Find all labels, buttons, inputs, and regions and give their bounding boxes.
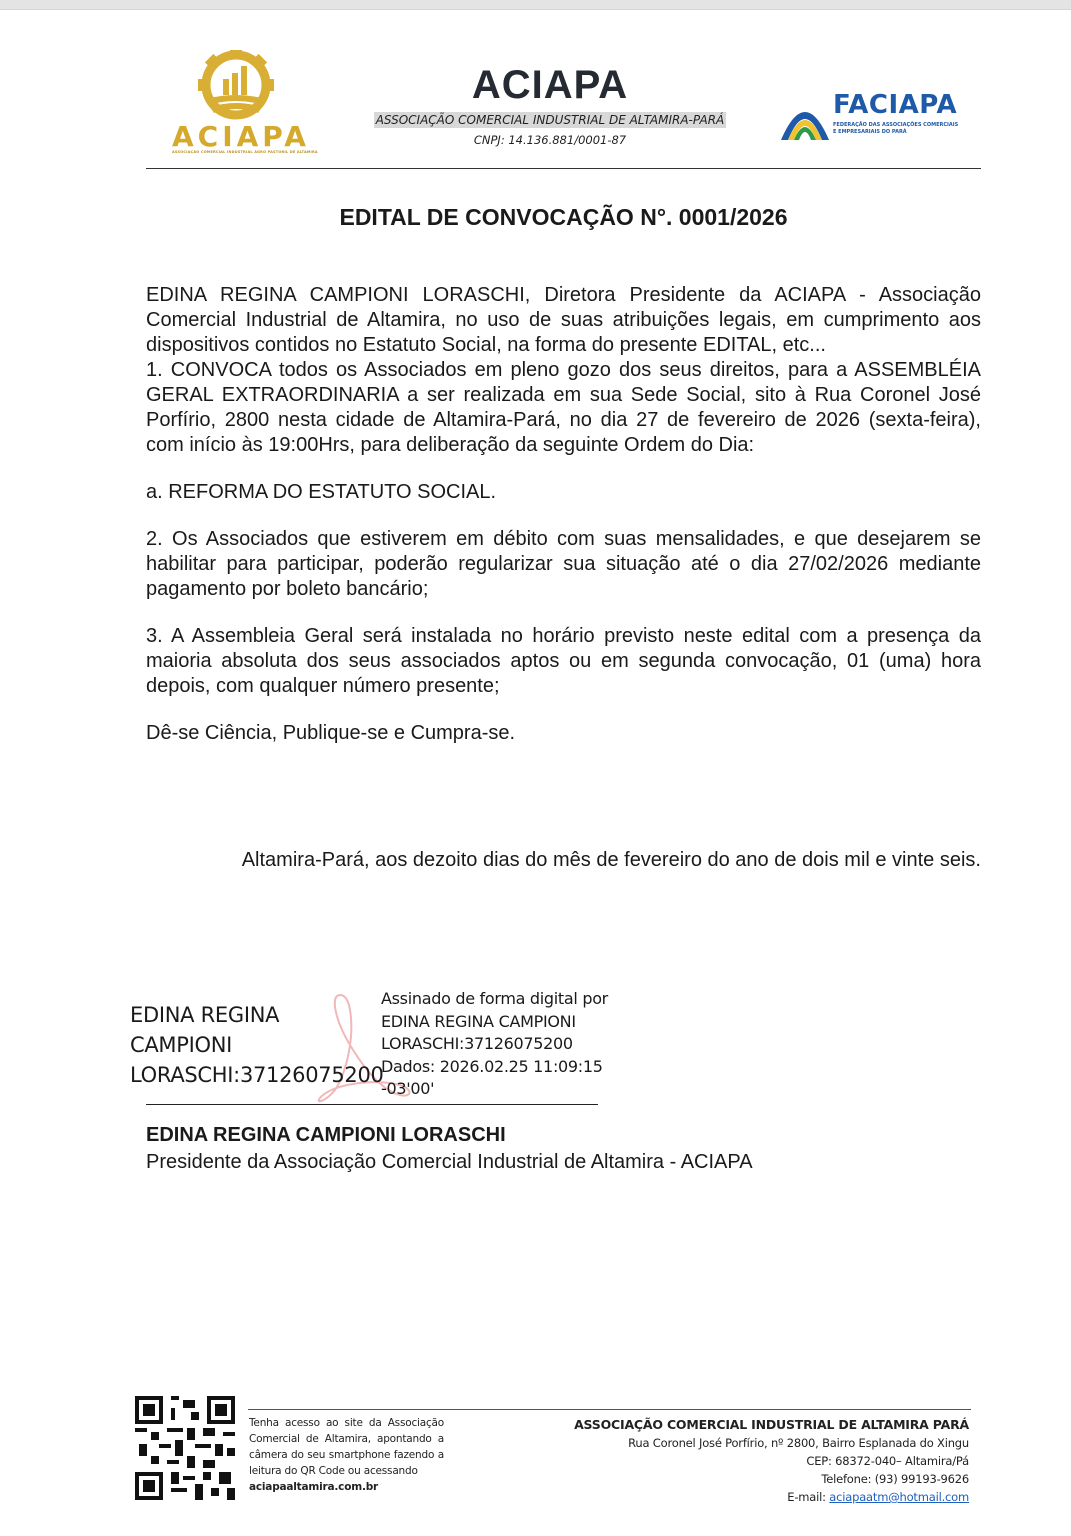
footer-website-link[interactable]: aciapaaltamira.com.br [249,1479,444,1495]
footer-cep: CEP: 68372-040– Altamira/Pá [560,1452,969,1470]
footer-qr-note: Tenha acesso ao site da Associação Comer… [249,1415,444,1495]
footer-email-link[interactable]: aciapaatm@hotmail.com [829,1490,969,1504]
letterhead-subtitle: ASSOCIAÇÃO COMERCIAL INDUSTRIAL DE ALTAM… [374,112,727,128]
signature-line [146,1104,598,1105]
signature-name-block: EDINA REGINA CAMPIONI LORASCHI:371260752… [130,1000,384,1090]
footer-divider [248,1409,971,1410]
aciapa-logo: ACIAPA ASSOCIAÇÃO COMERCIAL INDUSTRIAL A… [168,50,318,158]
letterhead-title: ACIAPA [360,62,740,108]
digital-signature-line-4: Dados: 2026.02.25 11:09:15 [381,1056,608,1079]
gear-chart-icon [168,50,318,120]
signer-name: EDINA REGINA CAMPIONI LORASCHI [146,1124,506,1147]
footer-address: Rua Coronel José Porfírio, nº 2800, Bair… [560,1434,969,1452]
arch-icon [778,90,832,142]
footer-contact: ASSOCIAÇÃO COMERCIAL INDUSTRIAL DE ALTAM… [560,1416,969,1506]
item-1-paragraph: 1. CONVOCA todos os Associados em pleno … [146,358,981,458]
signature-name-line-2: CAMPIONI [130,1030,384,1060]
aciapa-logo-wordmark: ACIAPA [172,120,310,153]
city-date-line: Altamira-Pará, aos dezoito dias do mês d… [146,848,981,873]
footer-phone: Telefone: (93) 99193-9626 [560,1470,969,1488]
faciapa-tagline-line1: FEDERAÇÃO DAS ASSOCIAÇÕES COMERCIAIS [833,122,958,129]
viewer-top-bar [0,0,1071,10]
digital-signature-line-5: -03'00' [381,1078,608,1101]
faciapa-logo-tagline: FEDERAÇÃO DAS ASSOCIAÇÕES COMERCIAIS E E… [833,122,958,135]
footer-email-label: E-mail: [787,1490,829,1504]
digital-signature-line-3: LORASCHI:37126075200 [381,1033,608,1056]
document-title: EDITAL DE CONVOCAÇÃO N°. 0001/2026 [146,204,981,231]
item-2-paragraph: 2. Os Associados que estiverem em débito… [146,527,981,602]
intro-paragraph: EDINA REGINA CAMPIONI LORASCHI, Diretora… [146,283,981,358]
agenda-item-a: a. REFORMA DO ESTATUTO SOCIAL. [146,480,981,505]
aciapa-logo-tagline: ASSOCIAÇÃO COMERCIAL INDUSTRIAL AGRO PAS… [172,150,318,154]
letterhead-cnpj: CNPJ: 14.136.881/0001-87 [360,133,740,147]
digital-signature-line-1: Assinado de forma digital por [381,988,608,1011]
signer-role: Presidente da Associação Comercial Indus… [146,1151,753,1174]
item-3-paragraph: 3. A Assembleia Geral será instalada no … [146,624,981,699]
signature-name-line-1: EDINA REGINA [130,1000,384,1030]
footer-org-name: ASSOCIAÇÃO COMERCIAL INDUSTRIAL DE ALTAM… [560,1416,969,1434]
qr-code-icon[interactable] [135,1396,235,1500]
faciapa-logo-wordmark: FACIAPA [833,90,957,120]
faciapa-tagline-line2: E EMPRESARIAIS DO PARÁ [833,129,958,136]
header-divider [146,168,981,169]
closing-paragraph: Dê-se Ciência, Publique-se e Cumpra-se. [146,721,981,746]
letterhead: ACIAPA ASSOCIAÇÃO COMERCIAL INDUSTRIAL D… [360,62,740,147]
document-body: EDINA REGINA CAMPIONI LORASCHI, Diretora… [146,283,981,746]
digital-signature-line-2: EDINA REGINA CAMPIONI [381,1011,608,1034]
digital-signature-info[interactable]: Assinado de forma digital por EDINA REGI… [381,988,608,1101]
signature-name-line-3: LORASCHI:37126075200 [130,1060,384,1090]
faciapa-logo: FACIAPA FEDERAÇÃO DAS ASSOCIAÇÕES COMERC… [778,90,978,142]
footer-email-row: E-mail: aciapaatm@hotmail.com [560,1488,969,1506]
footer-qr-text: Tenha acesso ao site da Associação Comer… [249,1417,444,1477]
